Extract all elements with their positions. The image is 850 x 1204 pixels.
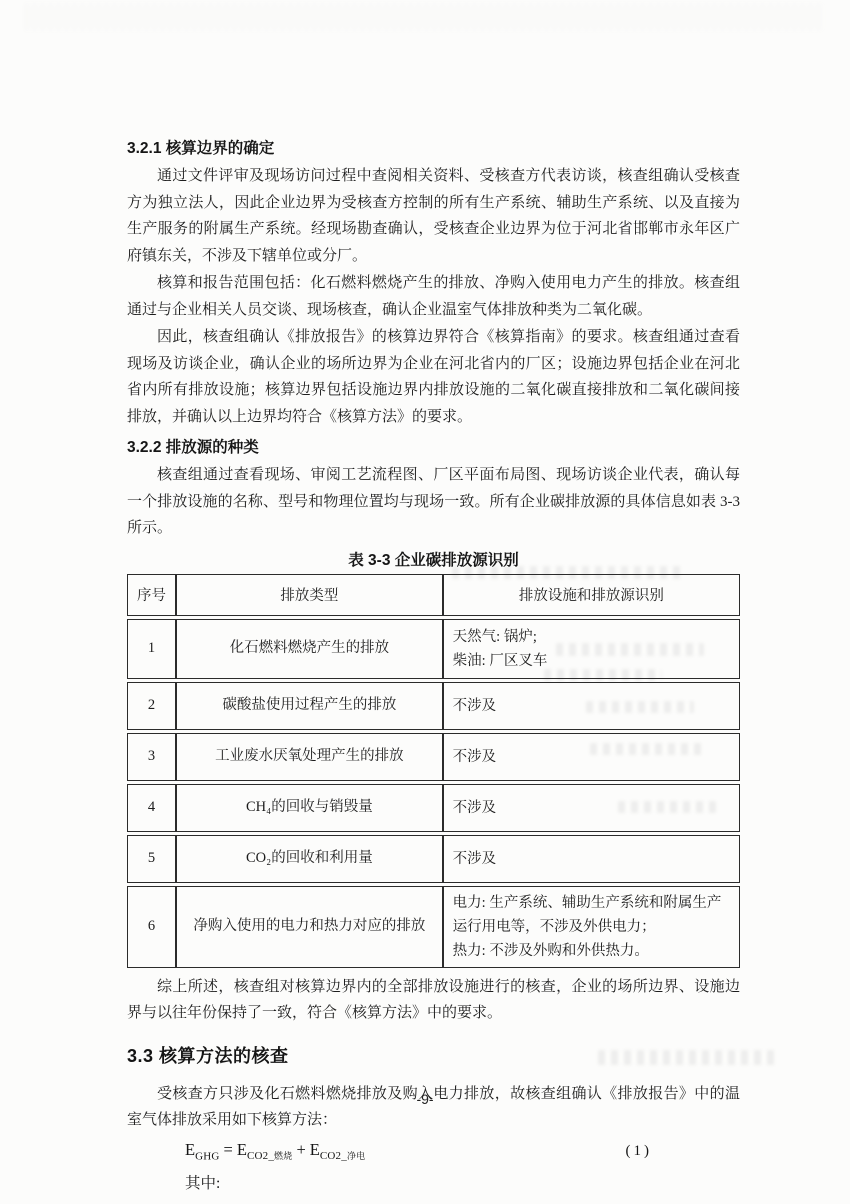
heading-3-2-1: 3.2.1 核算边界的确定 <box>127 136 740 158</box>
row-number-cell: 3 <box>127 733 176 781</box>
subscript-cn: 燃烧 <box>274 1151 292 1161</box>
emission-source-cell: 不涉及 <box>443 682 740 730</box>
column-header-no: 序号 <box>127 574 176 616</box>
paragraph-boundary-2: 核算和报告范围包括：化石燃料燃烧产生的排放、净购入使用电力产生的排放。核查组通过… <box>127 270 740 323</box>
emission-source-cell: 电力: 生产系统、辅助生产系统和附属生产运行用电等，不涉及外供电力； 热力: 不… <box>443 886 740 968</box>
equals-sign: = <box>220 1140 237 1159</box>
paragraph-boundary-1: 通过文件评审及现场访问过程中查阅相关资料、受核查方代表访谈，核查组确认受核查方为… <box>127 163 740 269</box>
formula-subscript: CO2_净电 <box>320 1150 366 1162</box>
subscript-cn: 净电 <box>347 1151 365 1161</box>
emission-source-cell: 天然气: 锅炉; 柴油: 厂区叉车 <box>443 619 740 679</box>
subscript-latin: CO2_ <box>320 1150 347 1162</box>
source-line: 不涉及 <box>453 694 735 718</box>
formula-subscript: GHG <box>195 1150 219 1162</box>
source-line: 电力: 生产系统、辅助生产系统和附属生产运行用电等，不涉及外供电力； <box>453 891 735 939</box>
source-line: 天然气: 锅炉; <box>453 625 735 649</box>
row-number-cell: 1 <box>127 619 176 679</box>
paragraph-emission-sources: 核查组通过查看现场、审阅工艺流程图、厂区平面布局图、现场访谈企业代表，确认每一个… <box>127 462 740 542</box>
emission-type-cell: 化石燃料燃烧产生的排放 <box>176 619 443 679</box>
paragraph-boundary-3: 因此，核查组确认《排放报告》的核算边界符合《核算指南》的要求。核查组通过查看现场… <box>127 324 740 430</box>
row-number-cell: 5 <box>127 835 176 883</box>
formula-subscript: CO2_燃烧 <box>247 1150 293 1162</box>
plus-sign: + <box>292 1140 309 1159</box>
table-row: 4 CH₄的回收与销毁量 不涉及 <box>127 784 740 832</box>
row-number-cell: 6 <box>127 886 176 968</box>
emission-source-cell: 不涉及 <box>443 835 740 883</box>
ghg-formula: EGHG=ECO2_燃烧+ECO2_净电 <box>185 1140 365 1162</box>
table-row: 2 碳酸盐使用过程产生的排放 不涉及 <box>127 682 740 730</box>
column-header-source: 排放设施和排放源识别 <box>443 574 740 616</box>
emission-type-cell: CH₄的回收与销毁量 <box>176 784 443 832</box>
emission-type-cell: 碳酸盐使用过程产生的排放 <box>176 682 443 730</box>
source-line: 不涉及 <box>453 847 735 871</box>
heading-3-3: 3.3 核算方法的核查 <box>127 1042 740 1068</box>
paragraph-method: 受核查方只涉及化石燃料燃烧排放及购入电力排放，故核查组确认《排放报告》中的温室气… <box>127 1081 740 1134</box>
table-row: 3 工业废水厌氧处理产生的排放 不涉及 <box>127 733 740 781</box>
formula-1-row: EGHG=ECO2_燃烧+ECO2_净电 (1) <box>185 1140 652 1162</box>
column-header-type: 排放类型 <box>176 574 443 616</box>
source-line: 热力: 不涉及外购和外供热力。 <box>453 939 735 963</box>
page-content: 3.2.1 核算边界的确定 通过文件评审及现场访问过程中查阅相关资料、受核查方代… <box>127 136 740 1193</box>
document-page: 3.2.1 核算边界的确定 通过文件评审及现场访问过程中查阅相关资料、受核查方代… <box>0 0 850 1204</box>
table-header-row: 序号 排放类型 排放设施和排放源识别 <box>127 574 740 616</box>
table-row: 1 化石燃料燃烧产生的排放 天然气: 锅炉; 柴油: 厂区叉车 <box>127 619 740 679</box>
subscript-latin: CO2_ <box>247 1150 274 1162</box>
formula-term: E <box>310 1140 320 1159</box>
source-line: 柴油: 厂区叉车 <box>453 649 735 673</box>
table-row: 5 CO₂的回收和利用量 不涉及 <box>127 835 740 883</box>
where-label: 其中: <box>185 1171 740 1193</box>
row-number-cell: 4 <box>127 784 176 832</box>
row-number-cell: 2 <box>127 682 176 730</box>
formula-term: E <box>185 1140 195 1159</box>
emission-source-table: 序号 排放类型 排放设施和排放源识别 1 化石燃料燃烧产生的排放 天然气: 锅炉… <box>127 571 740 971</box>
emission-source-cell: 不涉及 <box>443 784 740 832</box>
page-number: -9- <box>0 1091 850 1107</box>
scan-noise-artifact <box>25 3 825 31</box>
equation-number: (1) <box>626 1143 653 1160</box>
heading-3-2-2: 3.2.2 排放源的种类 <box>127 435 740 457</box>
source-line: 不涉及 <box>453 796 735 820</box>
emission-type-cell: CO₂的回收和利用量 <box>176 835 443 883</box>
source-line: 不涉及 <box>453 745 735 769</box>
formula-term: E <box>237 1140 247 1159</box>
paragraph-summary: 综上所述，核查组对核算边界内的全部排放设施进行的核查，企业的场所边界、设施边界与… <box>127 974 740 1027</box>
table-3-3-title: 表 3-3 企业碳排放源识别 <box>127 548 740 570</box>
table-row: 6 净购入使用的电力和热力对应的排放 电力: 生产系统、辅助生产系统和附属生产运… <box>127 886 740 968</box>
emission-type-cell: 净购入使用的电力和热力对应的排放 <box>176 886 443 968</box>
emission-type-cell: 工业废水厌氧处理产生的排放 <box>176 733 443 781</box>
emission-source-cell: 不涉及 <box>443 733 740 781</box>
